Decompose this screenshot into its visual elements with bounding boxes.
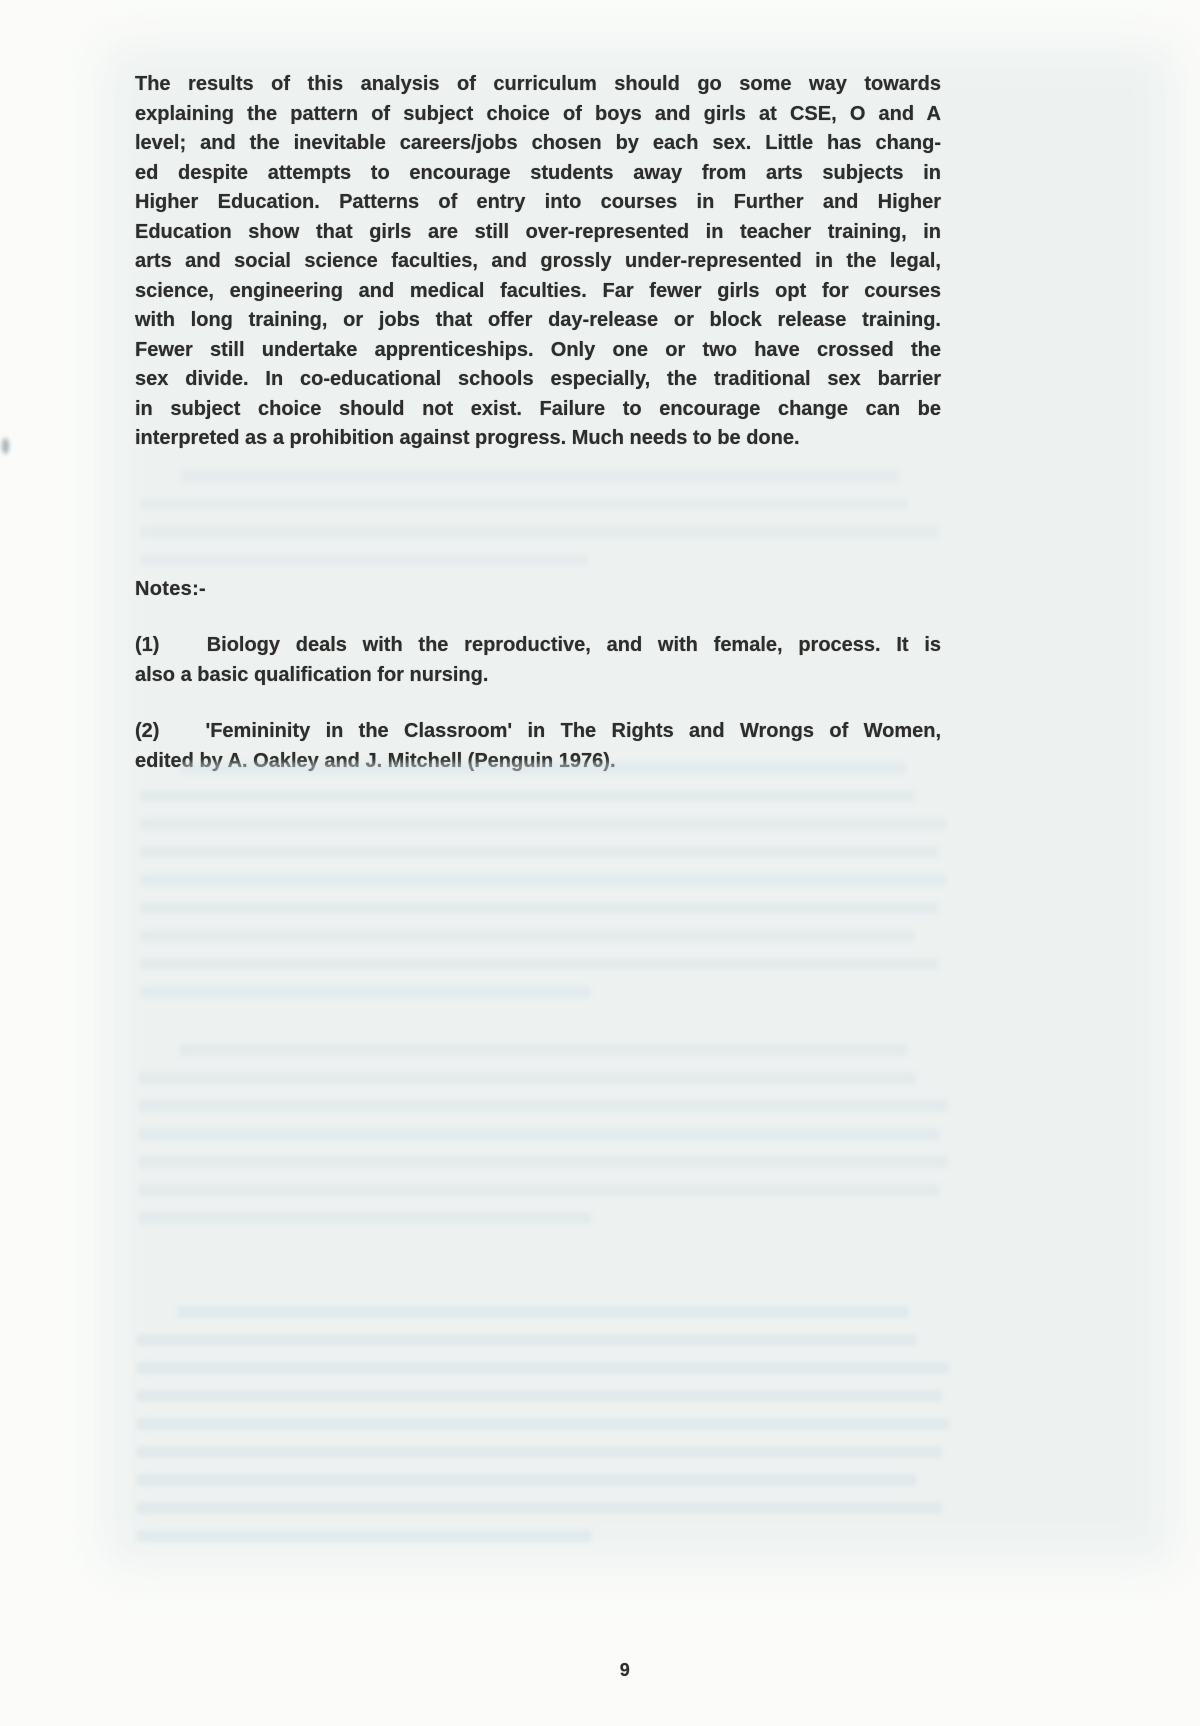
bleedthrough-line [136,1390,942,1402]
text-line: (1) Biology deals with the reproductive,… [135,631,941,661]
text-line: ed despite attempts to encourage student… [135,159,941,189]
text-line: Fewer still undertake apprenticeships. O… [135,336,941,366]
bleedthrough-line [177,1306,910,1318]
text-line: Higher Education. Patterns of entry into… [135,188,941,218]
bleedthrough-line [136,1530,592,1542]
bleedthrough-line [140,874,946,886]
bleedthrough-text-block [136,1306,950,1558]
bleedthrough-text-block [140,762,946,1014]
bleedthrough-line [136,1334,917,1346]
text-line: science, engineering and medical faculti… [135,277,941,307]
bleedthrough-text-block [138,1044,948,1240]
bleedthrough-line [136,1362,950,1374]
text-line: interpreted as a prohibition against pro… [135,424,941,454]
bleedthrough-line [140,790,914,802]
bleedthrough-line [138,1156,948,1168]
text-line: Education show that girls are still over… [135,218,941,248]
text-line: with long training, or jobs that offer d… [135,306,941,336]
text-line: The results of this analysis of curricul… [135,70,941,100]
bleedthrough-line [136,1418,950,1430]
bleedthrough-line [140,526,940,538]
bleedthrough-line [140,846,938,858]
text-line: in subject choice should not exist. Fail… [135,395,941,425]
bleedthrough-line [140,930,914,942]
text-line: sex divide. In co-educational schools es… [135,365,941,395]
text-line: level; and the inevitable careers/jobs c… [135,129,941,159]
bleedthrough-line [180,470,900,482]
bleedthrough-line [138,1072,916,1084]
bleedthrough-line [140,818,946,830]
bleedthrough-line [140,986,591,998]
notes-heading: Notes:- [135,576,206,602]
text-line: also a basic qualification for nursing. [135,661,941,691]
page-number: 9 [560,1660,690,1681]
bleedthrough-line [136,1446,942,1458]
bleedthrough-line [140,958,938,970]
bleedthrough-line [179,1044,908,1056]
main-paragraph: The results of this analysis of curricul… [135,70,941,454]
bleedthrough-line [140,554,588,566]
text-line: (2) 'Femininity in the Classroom' in The… [135,717,941,747]
bleedthrough-line [136,1502,942,1514]
note-item-1: (1) Biology deals with the reproductive,… [135,631,941,690]
bleedthrough-line [138,1184,940,1196]
bleedthrough-text-block [140,470,940,582]
bleedthrough-line [136,1474,917,1486]
text-line: explaining the pattern of subject choice… [135,100,941,130]
scan-artifact-speck [2,438,9,454]
text-line: arts and social science faculties, and g… [135,247,941,277]
bleedthrough-line [138,1100,948,1112]
bleedthrough-line [140,902,938,914]
bleedthrough-line [138,1128,940,1140]
bleedthrough-line [180,762,905,774]
bleedthrough-line [138,1212,592,1224]
bleedthrough-line [140,498,908,510]
